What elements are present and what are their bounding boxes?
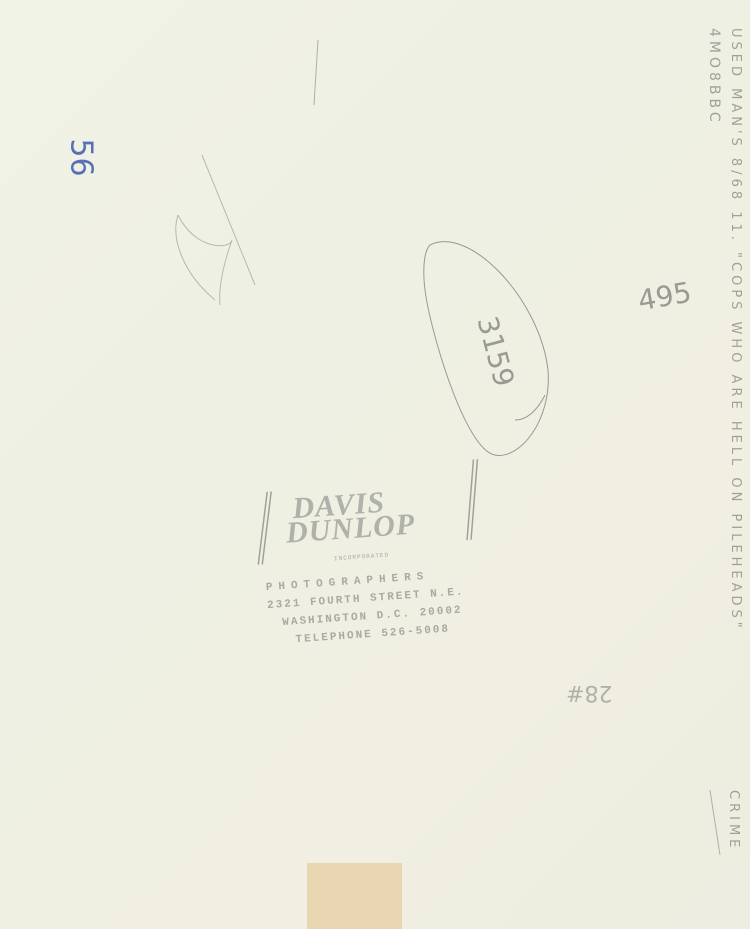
code-vertical: 4MO8BBC bbox=[706, 28, 722, 126]
photo-back: 56 3159 495 28# USED MAN'S 8/68 11. "COP… bbox=[0, 0, 750, 929]
stamp-line-4: TELEPHONE 526-5008 bbox=[295, 623, 450, 646]
caption-vertical: USED MAN'S 8/68 11. "COPS WHO ARE HELL O… bbox=[728, 28, 743, 632]
pencil-marks bbox=[0, 0, 750, 929]
category-vertical: CRIME bbox=[726, 790, 741, 851]
blue-number: 56 bbox=[64, 138, 99, 176]
number-lower: 28# bbox=[566, 680, 612, 705]
photographer-stamp: DAVIS DUNLOP INCORPORATED PHOTOGRAPHERS … bbox=[250, 457, 523, 665]
tape-strip bbox=[307, 863, 402, 929]
